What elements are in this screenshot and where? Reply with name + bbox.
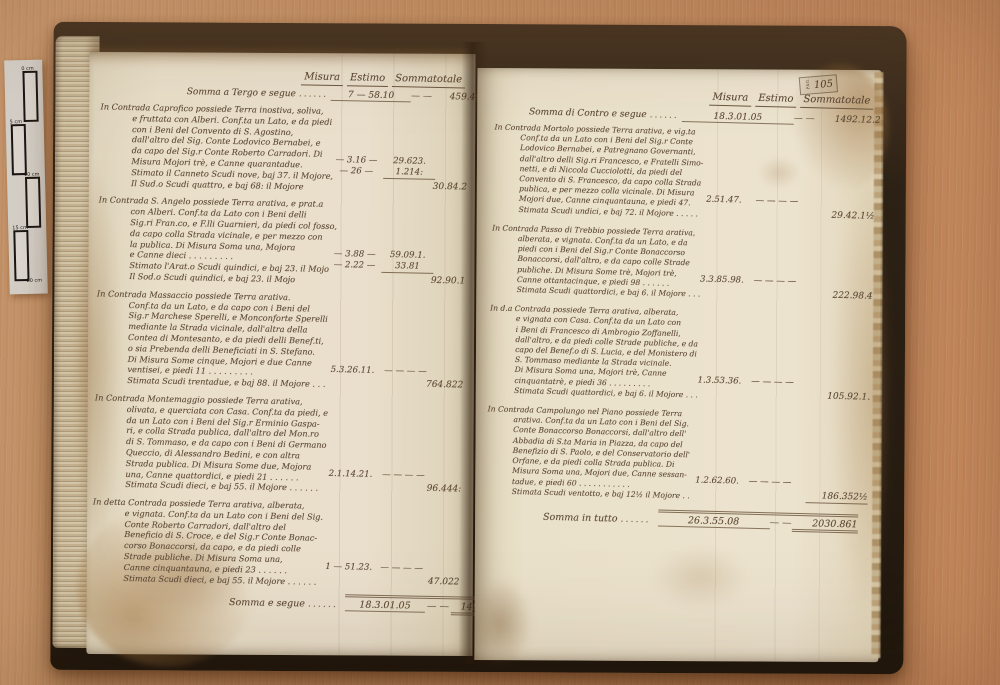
figure-row: 5.3.26.11.— — — —: [325, 365, 431, 378]
entry-figures: 1.3.53.36.— — — —105.92.1.: [692, 375, 871, 403]
figure-row: 1 — 51.23.— — — —: [322, 562, 428, 575]
entry-text: In Contrada Caprofico possiede Terra ino…: [99, 101, 341, 192]
top-edge-stain: [89, 48, 469, 70]
ledger-entry: In Contrada Passo di Trebbio possiede Te…: [491, 223, 875, 304]
entry-text: In Contrada Mortolo possiede Terra arati…: [492, 122, 714, 219]
left-page: Misura Estimo Sommatotale Somma a Tergo …: [86, 52, 475, 656]
scale-segment-rect: [25, 177, 41, 228]
carry-misura-value: 7 — 58.10: [331, 90, 411, 103]
dash-filler: — —: [411, 91, 432, 101]
estimo-value: — — — —: [377, 470, 429, 482]
somma-total-value: 30.84.2: [405, 182, 467, 194]
estimo-value: — — — —: [379, 366, 431, 378]
manuscript-book: Misura Estimo Sommatotale Somma a Tergo …: [50, 22, 906, 674]
misura-column-header: Misura: [301, 71, 343, 86]
figure-row: 2.1.14.21.— — — —: [323, 469, 429, 482]
carry-label: Somma di Contro e segue: [529, 107, 647, 120]
scale-segment-rect: [11, 124, 27, 175]
estimo-value: — — — —: [376, 563, 428, 575]
estimo-value: — — — —: [744, 477, 796, 489]
sommatotale-column-header: Sommatotale: [392, 73, 465, 88]
misura-value: — 2.22 —: [327, 260, 381, 273]
entry-text: In Contrada Montemaggio possiede Terra a…: [93, 392, 335, 494]
photograph-of-manuscript: 0 cm5 cm10 cm15 cm20 cm Misura Estimo So…: [0, 0, 1000, 685]
somma-total-value: 29.42.1½: [812, 210, 874, 223]
figure-row: 2.51.47.— — — —: [697, 194, 803, 208]
estimo-column-header: Estimo: [755, 93, 796, 108]
sum-somma-value: 2030.861: [791, 518, 857, 534]
estimo-value: — — — —: [751, 196, 803, 208]
right-page-entries: In Contrada Mortolo possiede Terra arati…: [486, 122, 877, 505]
sum-label: Somma e segue: [229, 597, 305, 609]
dash-filler: — —: [769, 517, 791, 529]
estimo-value: — — — —: [749, 276, 801, 288]
scale-label: 0 cm: [21, 66, 34, 72]
figure-row: 3.3.85.98.— — — —: [695, 275, 801, 289]
page-number-stamp: PAG.105: [799, 74, 838, 95]
somma-total-value: 222.98.4: [810, 290, 872, 303]
photo-scale-ruler: 0 cm5 cm10 cm15 cm20 cm: [4, 60, 48, 295]
ledger-entry: In d.a Contrada possiede Terra arativa, …: [488, 304, 872, 405]
dash-filler: — —: [794, 114, 815, 125]
entry-figures: 1.2.62.60.— — — —186.352½: [690, 475, 869, 504]
ledger-entry: In Contrada Montemaggio possiede Terra a…: [93, 392, 463, 496]
entry-text: In Contrada Massaccio possiede Terra ara…: [95, 288, 337, 390]
entry-figures: — 3.88 —59.09.1.— 2.22 —33.8192.90.1: [327, 249, 466, 288]
carry-misura-value: 18.3.01.05: [682, 111, 794, 125]
sum-misura-value: 26.3.55.08: [657, 514, 769, 529]
figure-row: 1.2.62.60.— — — —: [690, 475, 796, 489]
misura-value: 3.3.85.98.: [695, 275, 749, 287]
sommatotale-column-header: Sommatotale: [800, 94, 873, 110]
entry-figures: 2.1.14.21.— — — —96.444:: [323, 469, 461, 496]
entry-text: In Contrada Passo di Trebbio possiede Te…: [491, 223, 713, 300]
scale-label: 20 cm: [26, 278, 42, 284]
entry-text: In d.a Contrada possiede Terra arativa, …: [488, 304, 710, 401]
somma-total-value: 96.444:: [399, 483, 461, 495]
somma-total-value: 47.022: [397, 577, 459, 589]
scale-label: 10 cm: [24, 172, 40, 178]
dash-filler: — —: [425, 601, 451, 612]
entry-figures: 5.3.26.11.— — — —764.822: [325, 365, 463, 392]
ledger-entry: In Contrada Campolungo nel Piano possied…: [486, 404, 870, 505]
sum-figures: 26.3.55.08 — — 2030.861: [657, 509, 857, 533]
figure-row: — 2.22 —33.81: [327, 260, 433, 274]
ledger-entry: In Contrada Caprofico possiede Terra ino…: [99, 101, 469, 194]
gutter-stain: [468, 578, 532, 668]
estimo-value: 1.214:: [383, 167, 435, 180]
somma-total-value: 92.90.1: [403, 275, 465, 287]
entry-figures: 2.51.47.— — — —29.42.1½: [696, 194, 875, 222]
figure-row: 1.3.53.36.— — — —: [692, 375, 798, 389]
column-headers: Misura Estimo Sommatotale: [101, 67, 465, 88]
right-page: PAG.105 Misura Estimo Sommatotale Somma …: [474, 68, 881, 662]
scale-label: 15 cm: [12, 225, 28, 231]
misura-value: 2.1.14.21.: [323, 469, 377, 481]
scale-segment-rect: [22, 71, 38, 122]
dot-leader: ......: [299, 89, 328, 100]
estimo-column-header: Estimo: [347, 72, 388, 87]
somma-total-value: 186.352½: [806, 491, 868, 505]
ledger-entry: In Contrada Massaccio possiede Terra ara…: [95, 288, 465, 392]
ledger-entry: In Contrada Mortolo possiede Terra arati…: [492, 122, 876, 223]
scale-segment-rect: [13, 230, 29, 281]
somma-total-value: 105.92.1.: [808, 391, 870, 404]
misura-column-header: Misura: [709, 92, 751, 107]
ledger-entry: In detta Contrada possiede Terra arativa…: [91, 496, 461, 589]
entry-figures: 3.3.85.98.— — — —222.98.4: [694, 275, 873, 303]
entry-text: In Contrada Campolungo nel Piano possied…: [486, 404, 708, 501]
ledger-entry: In Contrada S. Angelo possiede Terra ara…: [97, 195, 467, 288]
dot-leader: ......: [650, 110, 679, 121]
left-page-entries: In Contrada Caprofico possiede Terra ino…: [91, 101, 468, 589]
somma-total-value: 764.822: [401, 379, 463, 391]
dot-leader: ......: [620, 514, 650, 526]
dot-leader: ......: [308, 599, 338, 611]
left-page-content: Misura Estimo Sommatotale Somma a Tergo …: [91, 67, 469, 615]
carry-somma-value: 1492.12.2: [815, 114, 881, 126]
misura-value: 1.3.53.36.: [692, 375, 746, 387]
misura-value: 1 — 51.23.: [322, 562, 376, 574]
carried-forward-line: Somma a Tergo e segue ...... 7 — 58.10 —…: [101, 85, 469, 103]
misura-value: — 26 —: [329, 166, 383, 179]
right-page-content: Misura Estimo Sommatotale Somma di Contr…: [485, 86, 878, 533]
carry-label: Somma a Tergo e segue: [187, 87, 296, 99]
scale-label: 5 cm: [10, 119, 23, 125]
right-page-sum-line: Somma in tutto ...... 26.3.55.08 — — 203…: [485, 505, 867, 533]
estimo-value: 33.81: [381, 261, 433, 274]
page-number: 105: [814, 79, 834, 92]
misura-value: 2.51.47.: [697, 194, 751, 206]
entry-figures: — 3.16 —29.623.— 26 —1.214:30.84.2: [329, 155, 468, 194]
stamp-pag-label: PAG.: [802, 77, 815, 89]
entry-figures: 1 — 51.23.— — — —47.022: [321, 562, 459, 589]
left-page-sum-line: Somma e segue ...... 18.3.01.05 — — 1492…: [91, 590, 459, 616]
scale-markings: 0 cm5 cm10 cm15 cm20 cm: [7, 66, 44, 289]
figure-row: — 26 —1.214:: [329, 166, 435, 180]
sum-misura-value: 18.3.01.05: [345, 600, 425, 614]
small-stain: [650, 545, 750, 610]
misura-value: 5.3.26.11.: [325, 365, 379, 377]
estimo-value: — — — —: [746, 377, 798, 389]
entry-text: In detta Contrada possiede Terra arativa…: [91, 496, 333, 587]
misura-value: 1.2.62.60.: [690, 475, 744, 487]
entry-text: In Contrada S. Angelo possiede Terra ara…: [97, 195, 339, 286]
sum-label: Somma in tutto: [543, 512, 618, 525]
